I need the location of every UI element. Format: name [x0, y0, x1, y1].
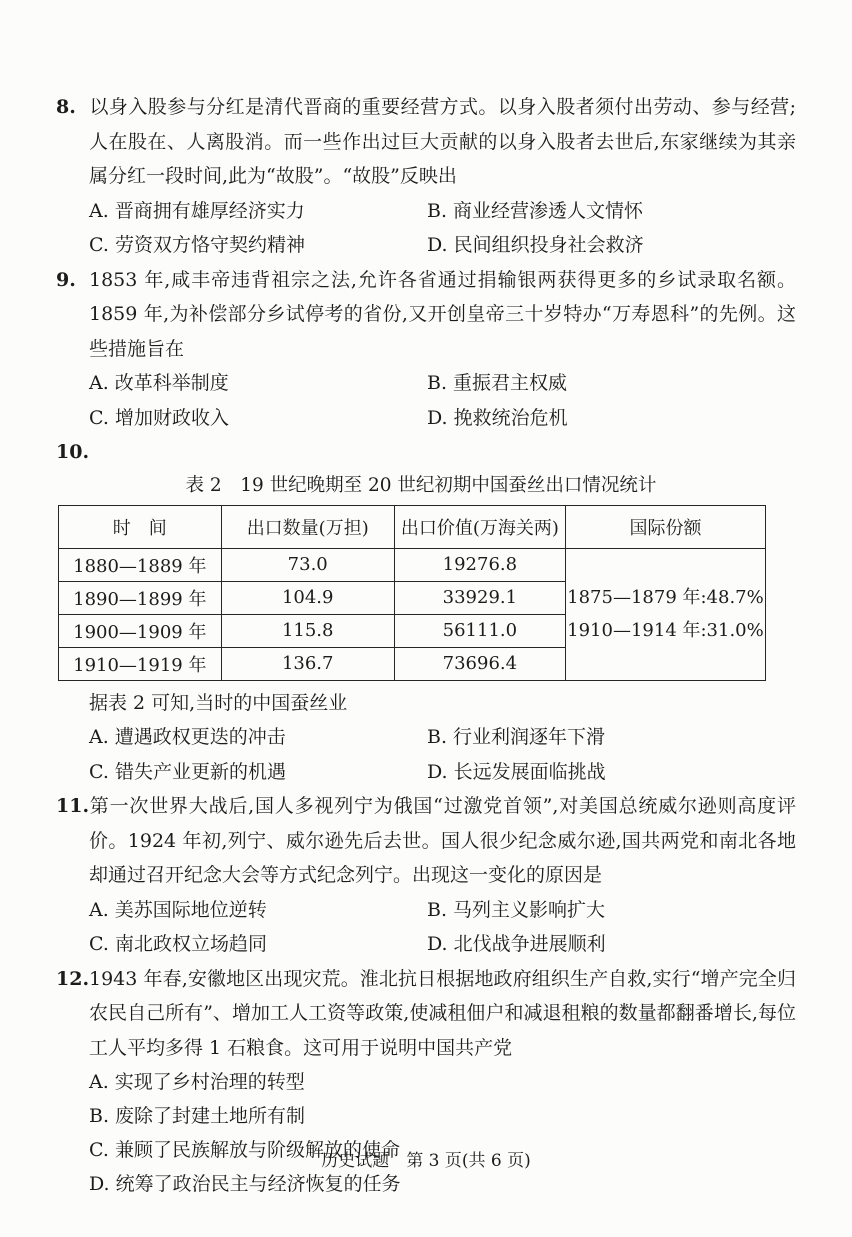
question-12-options: A. 实现了乡村治理的转型 B. 废除了封建土地所有制 C. 兼顾了民族解放与阶… — [56, 1065, 796, 1201]
question-11-stem: 11.第一次世界大战后,国人多视列宁为俄国“过激党首领”,对美国总统威尔逊则高度… — [56, 789, 796, 893]
table-title: 表 2 19 世纪晚期至 20 世纪初期中国蚕丝出口情况统计 — [56, 471, 786, 501]
question-11-options: A. 美苏国际地位逆转 B. 马列主义影响扩大 C. 南北政权立场趋同 D. 北… — [56, 893, 796, 962]
option-d: D. 长远发展面临挑战 — [427, 755, 796, 790]
table-cell-value: 19276.8 — [394, 548, 565, 581]
table-cell-value: 73696.4 — [394, 647, 565, 680]
option-d: D. 北伐战争进展顺利 — [427, 927, 796, 962]
question-8-options: A. 晋商拥有雄厚经济实力 B. 商业经营渗透人文情怀 C. 劳资双方恪守契约精… — [56, 194, 796, 263]
page-footer: 历史试题 第 3 页(共 6 页) — [0, 1149, 852, 1173]
option-c: C. 南北政权立场趋同 — [89, 927, 427, 962]
option-c: C. 劳资双方恪守契约精神 — [89, 228, 427, 263]
question-number: 10. — [56, 435, 89, 470]
option-b: B. 废除了封建土地所有制 — [89, 1099, 796, 1133]
option-a: A. 实现了乡村治理的转型 — [89, 1065, 796, 1099]
table-row: 1880—1889 年 73.0 19276.8 1875—1879 年:48.… — [59, 548, 766, 581]
option-b: B. 行业利润逐年下滑 — [427, 720, 796, 755]
option-d: D. 挽救统治危机 — [427, 401, 796, 436]
option-b: B. 马列主义影响扩大 — [427, 893, 796, 928]
option-a: A. 改革科举制度 — [89, 366, 427, 401]
table-cell-quantity: 73.0 — [221, 548, 394, 581]
table-header-share: 国际份额 — [565, 505, 765, 548]
table-cell-period: 1880—1889 年 — [59, 548, 222, 581]
table-cell-period: 1890—1899 年 — [59, 581, 222, 614]
option-b: B. 商业经营渗透人文情怀 — [427, 194, 796, 229]
question-10-options: A. 遭遇政权更迭的冲击 B. 行业利润逐年下滑 C. 错失产业更新的机遇 D.… — [56, 720, 796, 789]
question-stem-text: 1853 年,咸丰帝违背祖宗之法,允许各省通过捐输银两获得更多的乡试录取名额。1… — [89, 269, 796, 360]
table-header-row: 时 间 出口数量(万担) 出口价值(万海关两) 国际份额 — [59, 505, 766, 548]
table-cell-quantity: 115.8 — [221, 614, 394, 647]
question-8-stem: 8.以身入股参与分红是清代晋商的重要经营方式。以身入股者须付出劳动、参与经营;人… — [56, 90, 796, 194]
table-cell-quantity: 136.7 — [221, 647, 394, 680]
question-number: 8. — [56, 90, 89, 125]
silk-export-table: 时 间 出口数量(万担) 出口价值(万海关两) 国际份额 1880—1889 年… — [58, 505, 766, 681]
table-header-time: 时 间 — [59, 505, 222, 548]
question-stem-text: 以身入股参与分红是清代晋商的重要经营方式。以身入股者须付出劳动、参与经营;人在股… — [89, 96, 796, 187]
question-stem-text: 1943 年春,安徽地区出现灾荒。淮北抗日根据地政府组织生产自救,实行“增产完全… — [89, 968, 796, 1059]
table-cell-value: 56111.0 — [394, 614, 565, 647]
question-11: 11.第一次世界大战后,国人多视列宁为俄国“过激党首领”,对美国总统威尔逊则高度… — [56, 789, 796, 962]
option-d: D. 民间组织投身社会救济 — [427, 228, 796, 263]
table-header-quantity: 出口数量(万担) — [221, 505, 394, 548]
question-number: 12. — [56, 962, 89, 997]
question-10: 10. 表 2 19 世纪晚期至 20 世纪初期中国蚕丝出口情况统计 时 间 出… — [56, 435, 796, 789]
table-cell-quantity: 104.9 — [221, 581, 394, 614]
question-9-options: A. 改革科举制度 B. 重振君主权威 C. 增加财政收入 D. 挽救统治危机 — [56, 366, 796, 435]
question-8: 8.以身入股参与分红是清代晋商的重要经营方式。以身入股者须付出劳动、参与经营;人… — [56, 90, 796, 263]
table-header-value: 出口价值(万海关两) — [394, 505, 565, 548]
question-10-stem: 10. — [56, 435, 796, 470]
question-9: 9.1853 年,咸丰帝违背祖宗之法,允许各省通过捐输银两获得更多的乡试录取名额… — [56, 263, 796, 436]
option-b: B. 重振君主权威 — [427, 366, 796, 401]
question-number: 9. — [56, 263, 89, 298]
question-9-stem: 9.1853 年,咸丰帝违背祖宗之法,允许各省通过捐输银两获得更多的乡试录取名额… — [56, 263, 796, 367]
table-cell-period: 1910—1919 年 — [59, 647, 222, 680]
question-12-stem: 12.1943 年春,安徽地区出现灾荒。淮北抗日根据地政府组织生产自救,实行“增… — [56, 962, 796, 1066]
question-number: 11. — [56, 789, 89, 824]
option-a: A. 遭遇政权更迭的冲击 — [89, 720, 427, 755]
table-cell-value: 33929.1 — [394, 581, 565, 614]
share-line-2: 1910—1914 年:31.0% — [566, 614, 765, 647]
question-stem-text: 第一次世界大战后,国人多视列宁为俄国“过激党首领”,对美国总统威尔逊则高度评价。… — [89, 795, 796, 886]
silk-export-table-block: 表 2 19 世纪晚期至 20 世纪初期中国蚕丝出口情况统计 时 间 出口数量(… — [56, 471, 796, 681]
option-c: C. 错失产业更新的机遇 — [89, 755, 427, 790]
exam-page: 8.以身入股参与分红是清代晋商的重要经营方式。以身入股者须付出劳动、参与经营;人… — [0, 0, 852, 1237]
share-line-1: 1875—1879 年:48.7% — [566, 581, 765, 614]
table-cell-period: 1900—1909 年 — [59, 614, 222, 647]
table-cell-share: 1875—1879 年:48.7% 1910—1914 年:31.0% — [565, 548, 765, 680]
question-10-note: 据表 2 可知,当时的中国蚕丝业 — [56, 686, 796, 721]
option-a: A. 晋商拥有雄厚经济实力 — [89, 194, 427, 229]
option-c: C. 增加财政收入 — [89, 401, 427, 436]
option-a: A. 美苏国际地位逆转 — [89, 893, 427, 928]
